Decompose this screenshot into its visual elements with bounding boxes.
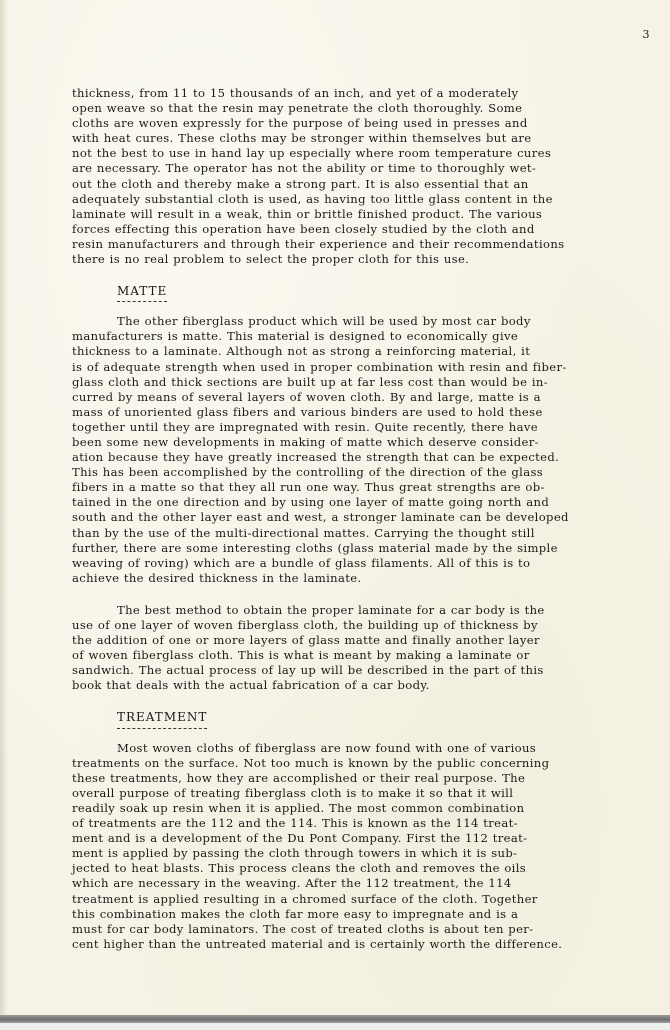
text-line: open weave so that the resin may penetra… bbox=[72, 101, 652, 116]
text-line: which are necessary in the weaving. Afte… bbox=[72, 876, 652, 891]
page-bottom-edge bbox=[0, 1015, 670, 1023]
text-line: curred by means of several layers of wov… bbox=[72, 390, 652, 405]
text-line: of woven fiberglass cloth. This is what … bbox=[72, 648, 652, 663]
page-edge-shadow bbox=[0, 0, 8, 1018]
text-line: with heat cures. These cloths may be str… bbox=[72, 131, 652, 146]
text-line: laminate will result in a weak, thin or … bbox=[72, 207, 652, 222]
text-line: adequately substantial cloth is used, as… bbox=[72, 192, 652, 207]
text-line: are necessary. The operator has not the … bbox=[72, 161, 652, 176]
intro-paragraph: thickness, from 11 to 15 thousands of an… bbox=[72, 86, 652, 267]
text-line: further, there are some interesting clot… bbox=[72, 541, 652, 556]
text-line: sandwich. The actual process of lay up w… bbox=[72, 663, 652, 678]
page-number: 3 bbox=[643, 28, 651, 41]
text-line: this combination makes the cloth far mor… bbox=[72, 907, 652, 922]
text-line: resin manufacturers and through their ex… bbox=[72, 237, 652, 252]
text-line: ation because they have greatly increase… bbox=[72, 450, 652, 465]
text-line: manufacturers is matte. This material is… bbox=[72, 329, 652, 344]
text-line: ment and is a development of the Du Pont… bbox=[72, 831, 652, 846]
text-line: not the best to use in hand lay up espec… bbox=[72, 146, 652, 161]
text-line: must for car body laminators. The cost o… bbox=[72, 922, 652, 937]
text-line: out the cloth and thereby make a strong … bbox=[72, 177, 652, 192]
matte-paragraph-1: The other fiberglass product which will … bbox=[72, 314, 652, 586]
text-line: glass cloth and thick sections are built… bbox=[72, 375, 652, 390]
text-line: book that deals with the actual fabricat… bbox=[72, 678, 652, 693]
text-line: achieve the desired thickness in the lam… bbox=[72, 571, 652, 586]
text-line: ment is applied by passing the cloth thr… bbox=[72, 846, 652, 861]
section-heading-treatment: TREATMENT bbox=[117, 710, 207, 728]
text-line: these treatments, how they are accomplis… bbox=[72, 771, 652, 786]
text-line: thickness to a laminate. Although not as… bbox=[72, 344, 652, 359]
text-line: forces effecting this operation have bee… bbox=[72, 222, 652, 237]
treatment-paragraph-1: Most woven cloths of fiberglass are now … bbox=[72, 741, 652, 952]
text-line: south and the other layer east and west,… bbox=[72, 510, 652, 525]
text-line: of treatments are the 112 and the 114. T… bbox=[72, 816, 652, 831]
text-line: is of adequate strength when used in pro… bbox=[72, 360, 652, 375]
text-line: treatments on the surface. Not too much … bbox=[72, 756, 652, 771]
text-line: together until they are impregnated with… bbox=[72, 420, 652, 435]
document-page: 3 thickness, from 11 to 15 thousands of … bbox=[0, 0, 670, 1018]
text-line: been some new developments in making of … bbox=[72, 435, 652, 450]
text-line: mass of unoriented glass fibers and vari… bbox=[72, 405, 652, 420]
text-line: readily soak up resin when it is applied… bbox=[72, 801, 652, 816]
text-line: The other fiberglass product which will … bbox=[72, 314, 652, 329]
text-line: The best method to obtain the proper lam… bbox=[72, 603, 652, 618]
text-line: the addition of one or more layers of gl… bbox=[72, 633, 652, 648]
text-line: than by the use of the multi-directional… bbox=[72, 526, 652, 541]
text-line: there is no real problem to select the p… bbox=[72, 252, 652, 267]
section-heading-matte: MATTE bbox=[117, 284, 167, 302]
text-line: jected to heat blasts. This process clea… bbox=[72, 861, 652, 876]
text-line: fibers in a matte so that they all run o… bbox=[72, 480, 652, 495]
matte-paragraph-2: The best method to obtain the proper lam… bbox=[72, 603, 652, 694]
page-body: thickness, from 11 to 15 thousands of an… bbox=[72, 86, 652, 969]
text-line: cloths are woven expressly for the purpo… bbox=[72, 116, 652, 131]
text-line: overall purpose of treating fiberglass c… bbox=[72, 786, 652, 801]
text-line: cent higher than the untreated material … bbox=[72, 937, 652, 952]
text-line: Most woven cloths of fiberglass are now … bbox=[72, 741, 652, 756]
text-line: thickness, from 11 to 15 thousands of an… bbox=[72, 86, 652, 101]
text-line: tained in the one direction and by using… bbox=[72, 495, 652, 510]
text-line: use of one layer of woven fiberglass clo… bbox=[72, 618, 652, 633]
text-line: This has been accomplished by the contro… bbox=[72, 465, 652, 480]
text-line: weaving of roving) which are a bundle of… bbox=[72, 556, 652, 571]
text-line: treatment is applied resulting in a chro… bbox=[72, 892, 652, 907]
